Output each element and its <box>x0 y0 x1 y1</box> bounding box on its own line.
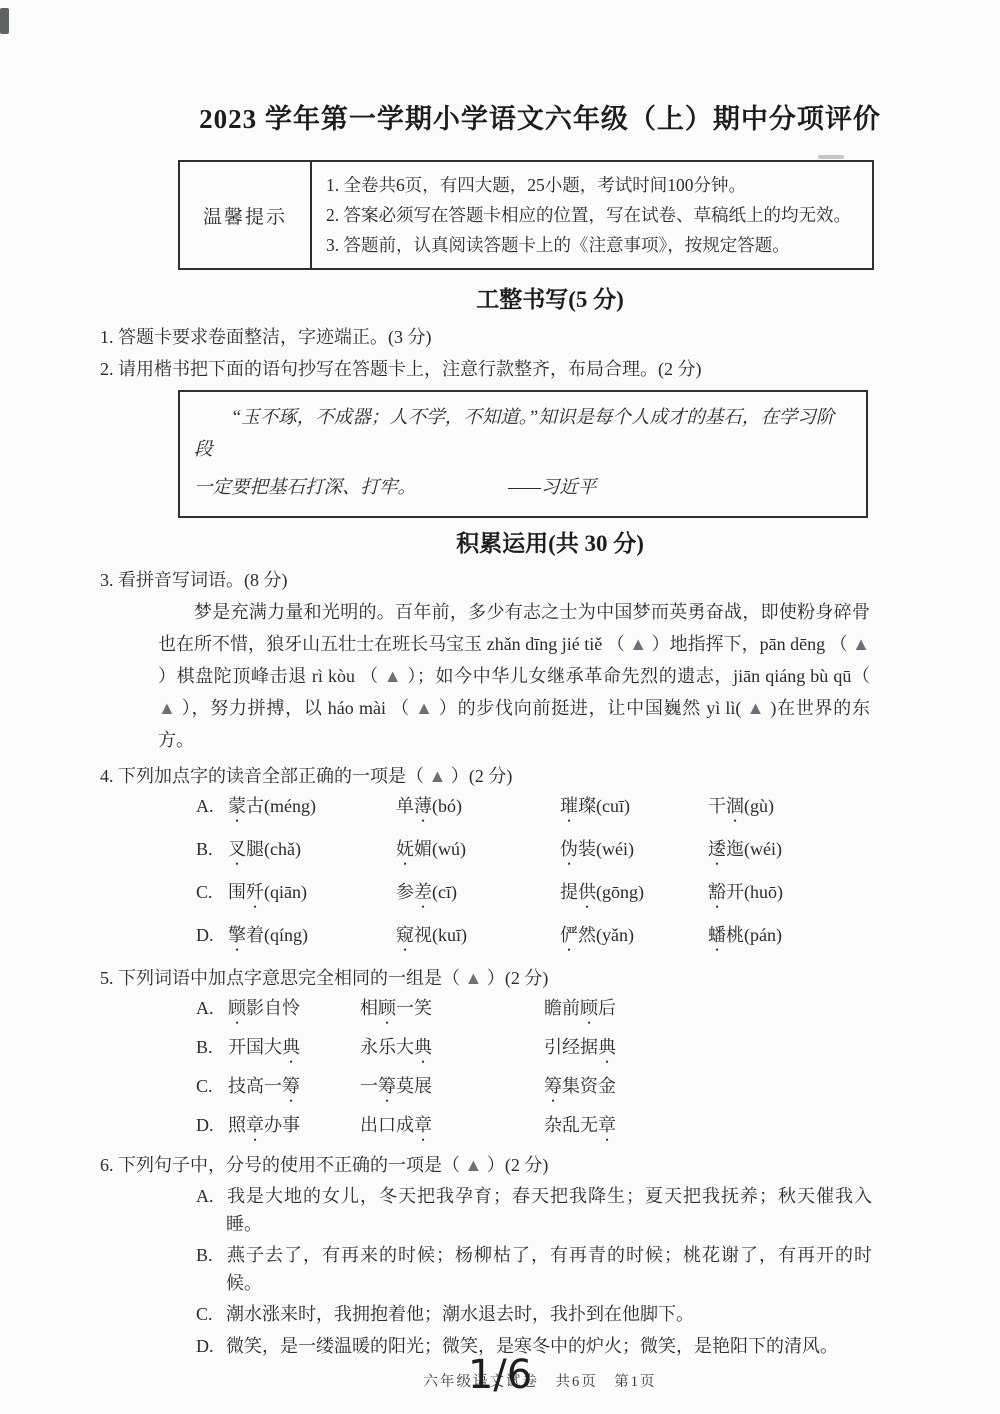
writing-item-2: 2. 请用楷书把下面的语句抄写在答题卡上，注意行款整齐，布局合理。(2 分) <box>100 356 1000 382</box>
option-row: A.我是大地的女儿，冬天把我孕育；春天把我降生；夏天把我抚养；秋天催我入睡。 <box>196 1183 872 1238</box>
option-label: D. <box>196 1111 228 1145</box>
page-indicator: 1/6 <box>0 1352 1000 1398</box>
question-4-options: A. 蒙古(méng) 单薄(bó) 璀璨(cuī) 干涸(gù) B. 叉腿(… <box>196 792 1000 955</box>
option-text: 潮水涨来时，我拥抱着他；潮水退去时，我扑到在他脚下。 <box>226 1304 694 1324</box>
question-6-stem: 6. 下列句子中，分号的使用不正确的一项是（ ▲ ）(2 分) <box>100 1151 1000 1179</box>
writing-item-1: 1. 答题卡要求卷面整洁，字迹端正。(3 分) <box>100 324 1000 350</box>
option-row: D. 照章办事 出口成章 杂乱无章 <box>196 1111 1000 1145</box>
scan-dash-artifact <box>818 155 844 159</box>
option-label: A. <box>196 792 228 826</box>
option-item: 筹集资金 <box>544 1072 1000 1106</box>
option-label: B. <box>196 835 228 869</box>
option-item: 逶迤(wéi) <box>708 835 1000 869</box>
copy-quote-box: “玉不琢，不成器；人不学，不知道。”知识是每个人成才的基石，在学习阶段 一定要把… <box>178 390 868 518</box>
option-row: C.潮水涨来时，我拥抱着他；潮水退去时，我扑到在他脚下。 <box>196 1301 872 1329</box>
option-label: D. <box>196 921 228 955</box>
quote-text: 一定要把基石打深、打牢。 <box>194 472 416 504</box>
option-label: B. <box>196 1242 226 1270</box>
option-item: 技高一筹 <box>228 1072 360 1106</box>
section-heading-writing: 工整书写(5 分) <box>150 284 950 316</box>
quote-line-2: 一定要把基石打深、打牢。 ——习近平 <box>194 472 850 504</box>
option-item: 参差(cī) <box>396 878 560 912</box>
option-row: C. 围歼(qiān) 参差(cī) 提供(gōng) 豁开(huō) <box>196 878 1000 912</box>
question-3-paragraph: 梦是充满力量和光明的。百年前，多少有志之士为中国梦而英勇奋战，即使粉身碎骨也在所… <box>158 596 870 756</box>
option-item: 顾影自怜 <box>228 994 360 1028</box>
option-item: 永乐大典 <box>360 1033 544 1067</box>
tips-label: 温馨提示 <box>180 162 312 268</box>
option-item: 蒙古(méng) <box>228 792 396 826</box>
option-item: 璀璨(cuī) <box>560 792 708 826</box>
quote-attribution: ——习近平 <box>508 472 596 504</box>
option-row: A. 蒙古(méng) 单薄(bó) 璀璨(cuī) 干涸(gù) <box>196 792 1000 826</box>
paper-title: 2023 学年第一学期小学语文六年级（上）期中分项评价 <box>140 100 940 138</box>
option-item: 引经据典 <box>544 1033 1000 1067</box>
option-row: C. 技高一筹 一筹莫展 筹集资金 <box>196 1072 1000 1106</box>
option-label: C. <box>196 878 228 912</box>
option-label: B. <box>196 1033 228 1067</box>
option-text: 燕子去了，有再来的时候；杨柳枯了，有再青的时候；桃花谢了，有再开的时候。 <box>226 1245 872 1293</box>
option-item: 俨然(yǎn) <box>560 921 708 955</box>
question-6-options: A.我是大地的女儿，冬天把我孕育；春天把我降生；夏天把我抚养；秋天催我入睡。 B… <box>196 1183 872 1360</box>
option-label: C. <box>196 1301 226 1329</box>
question-4-stem: 4. 下列加点字的读音全部正确的一项是（ ▲ ）(2 分) <box>100 762 1000 790</box>
scan-smudge-artifact <box>0 8 9 34</box>
option-item: 提供(gōng) <box>560 878 708 912</box>
question-3-stem: 3. 看拼音写词语。(8 分) <box>100 566 1000 594</box>
option-item: 妩媚(wú) <box>396 835 560 869</box>
option-item: 豁开(huō) <box>708 878 1000 912</box>
option-item: 出口成章 <box>360 1111 544 1145</box>
option-text: 我是大地的女儿，冬天把我孕育；春天把我降生；夏天把我抚养；秋天催我入睡。 <box>226 1186 872 1234</box>
option-item: 一筹莫展 <box>360 1072 544 1106</box>
option-item: 围歼(qiān) <box>228 878 396 912</box>
option-row: D. 擎着(qíng) 窥视(kuī) 俨然(yǎn) 蟠桃(pán) <box>196 921 1000 955</box>
tips-line: 3. 答题前，认真阅读答题卡上的《注意事项》，按规定答题。 <box>326 230 858 260</box>
option-row: B.燕子去了，有再来的时候；杨柳枯了，有再青的时候；桃花谢了，有再开的时候。 <box>196 1242 872 1297</box>
option-item: 单薄(bó) <box>396 792 560 826</box>
option-row: B. 叉腿(chǎ) 妩媚(wú) 伪装(wéi) 逶迤(wéi) <box>196 835 1000 869</box>
tips-line: 2. 答案必须写在答题卡相应的位置，写在试卷、草稿纸上的均无效。 <box>326 200 858 230</box>
exam-paper-page: 2023 学年第一学期小学语文六年级（上）期中分项评价 温馨提示 1. 全卷共6… <box>0 0 1000 1414</box>
question-5-options: A. 顾影自怜 相顾一笑 瞻前顾后 B. 开国大典 永乐大典 引经据典 C. 技… <box>196 994 1000 1145</box>
tips-body: 1. 全卷共6页，有四大题，25小题，考试时间100分钟。 2. 答案必须写在答… <box>312 162 872 268</box>
option-label: A. <box>196 1183 226 1211</box>
paper-content: 2023 学年第一学期小学语文六年级（上）期中分项评价 温馨提示 1. 全卷共6… <box>0 0 1000 1391</box>
option-item: 瞻前顾后 <box>544 994 1000 1028</box>
tips-line: 1. 全卷共6页，有四大题，25小题，考试时间100分钟。 <box>326 170 858 200</box>
option-item: 开国大典 <box>228 1033 360 1067</box>
tips-box: 温馨提示 1. 全卷共6页，有四大题，25小题，考试时间100分钟。 2. 答案… <box>178 160 874 270</box>
option-row: A. 顾影自怜 相顾一笑 瞻前顾后 <box>196 994 1000 1028</box>
option-label: C. <box>196 1072 228 1106</box>
quote-line-1: “玉不琢，不成器；人不学，不知道。”知识是每个人成才的基石，在学习阶段 <box>194 402 850 466</box>
option-item: 叉腿(chǎ) <box>228 835 396 869</box>
section-heading-accumulation: 积累运用(共 30 分) <box>150 528 950 560</box>
option-item: 擎着(qíng) <box>228 921 396 955</box>
option-item: 杂乱无章 <box>544 1111 1000 1145</box>
option-item: 照章办事 <box>228 1111 360 1145</box>
option-item: 伪装(wéi) <box>560 835 708 869</box>
option-item: 干涸(gù) <box>708 792 1000 826</box>
option-item: 相顾一笑 <box>360 994 544 1028</box>
option-label: A. <box>196 994 228 1028</box>
question-5-stem: 5. 下列词语中加点字意思完全相同的一组是（ ▲ ）(2 分) <box>100 964 1000 992</box>
option-item: 窥视(kuī) <box>396 921 560 955</box>
option-row: B. 开国大典 永乐大典 引经据典 <box>196 1033 1000 1067</box>
option-item: 蟠桃(pán) <box>708 921 1000 955</box>
